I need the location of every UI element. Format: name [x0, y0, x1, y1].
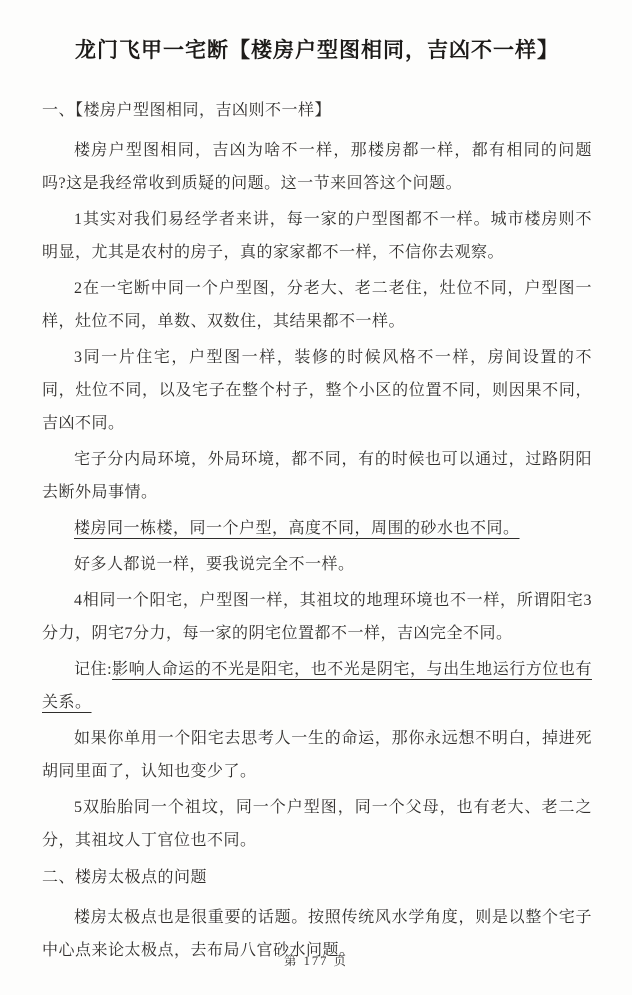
section1-heading: 一、【楼房户型图相同，吉凶则不一样】 [42, 94, 592, 127]
paragraph-warning: 如果你单用一个阳宅去思考人一生的命运，那你永远想不明白，掉进死胡同里面了，认知也… [42, 722, 592, 788]
paragraph-point1: 1其实对我们易经学者来讲，每一家的户型图都不一样。城市楼房则不明显，尤其是农村的… [42, 203, 592, 269]
paragraph-opinion: 好多人都说一样，要我说完全不一样。 [42, 548, 592, 581]
page-title: 龙门飞甲一宅断【楼房户型图相同，吉凶不一样】 [42, 34, 592, 64]
paragraph-point4: 4相同一个阳宅，户型图一样，其祖坟的地理环境也不一样，所谓阳宅3分力，阴宅7分力… [42, 584, 592, 650]
underlined-note-text: 楼房同一栋楼，同一个户型，高度不同，周围的砂水也不同。 [74, 520, 520, 537]
paragraph-environment: 宅子分内局环境，外局环境，都不同，有的时候也可以通过，过路阴阳去断外局事情。 [42, 443, 592, 509]
paragraph-point3: 3同一片住宅，户型图一样，装修的时候风格不一样，房间设置的不同，灶位不同，以及宅… [42, 341, 592, 440]
section2-heading: 二、楼房太极点的问题 [42, 861, 592, 894]
remember-underlined-text: 影响人命运的不光是阳宅，也不光是阴宅，与出生地运行方位也有关系。 [42, 661, 592, 711]
paragraph-underlined-note: 楼房同一栋楼，同一个户型，高度不同，周围的砂水也不同。 [42, 512, 592, 545]
paragraph-point5: 5双胎胎同一个祖坟，同一个户型图，同一个父母，也有老大、老二之分，其祖坟人丁官位… [42, 791, 592, 857]
page-number: 第 177 页 [0, 951, 632, 969]
document-page: 龙门飞甲一宅断【楼房户型图相同，吉凶不一样】 一、【楼房户型图相同，吉凶则不一样… [0, 0, 632, 995]
paragraph-point2: 2在一宅断中同一个户型图，分老大、老二老住，灶位不同，户型图一样，灶位不同，单数… [42, 272, 592, 338]
remember-label: 记住: [74, 661, 112, 678]
paragraph-remember: 记住:影响人命运的不光是阳宅，也不光是阴宅，与出生地运行方位也有关系。 [42, 653, 592, 719]
document-body: 一、【楼房户型图相同，吉凶则不一样】 楼房户型图相同，吉凶为啥不一样，那楼房都一… [42, 94, 592, 967]
paragraph-intro: 楼房户型图相同，吉凶为啥不一样，那楼房都一样，都有相同的问题吗?这是我经常收到质… [42, 134, 592, 200]
